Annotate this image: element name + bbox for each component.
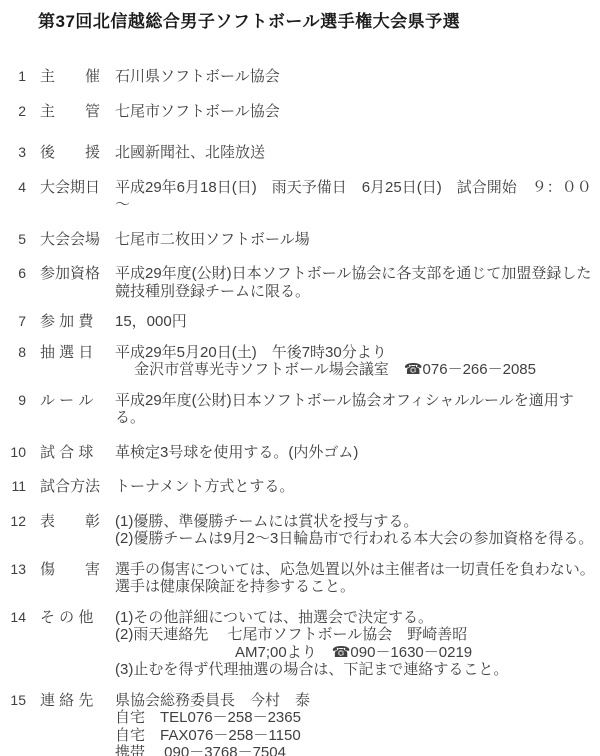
item-number: 12 — [0, 513, 26, 531]
item-label: 表 彰 — [40, 513, 108, 531]
item-content: 15，000円 — [115, 313, 600, 331]
item-content: 七尾市ソフトボール協会 — [115, 103, 600, 121]
item-row: 6参加資格平成29年度(公財)日本ソフトボール協会に各支部を通じて加盟登録した競… — [0, 265, 600, 300]
item-number: 8 — [0, 344, 26, 362]
item-content-line: 平成29年度(公財)日本ソフトボール協会に各支部を通じて加盟登録した — [115, 265, 600, 283]
items-list: 1主 催石川県ソフトボール協会2主 管七尾市ソフトボール協会3後 援北國新聞社、… — [0, 68, 600, 756]
item-content-line: (3)止むを得ず代理抽選の場合は、下記まで連絡すること。 — [115, 661, 600, 679]
item-row: 15連 絡 先県協会総務委員長 今村 泰自宅 TEL076－258－2365自宅… — [0, 692, 600, 756]
item-content-line: 15，000円 — [115, 313, 600, 331]
item-label: 抽 選 日 — [40, 344, 108, 362]
item-content-line: 北國新聞社、北陸放送 — [115, 144, 600, 162]
item-content-line: 石川県ソフトボール協会 — [115, 68, 600, 86]
document-title: 第37回北信越総合男子ソフトボール選手権大会県予選 — [38, 10, 600, 34]
item-row: 12表 彰(1)優勝、準優勝チームには賞状を授与する。(2)優勝チームは9月2～… — [0, 513, 600, 548]
item-content: 七尾市二枚田ソフトボール場 — [115, 231, 600, 249]
item-content-line: 平成29年度(公財)日本ソフトボール協会オフィシャルルールを適用する。 — [115, 392, 600, 427]
item-label: 主 催 — [40, 68, 108, 86]
item-content-line: 携帯 090－3768－7504 — [115, 744, 600, 756]
item-content: 平成29年度(公財)日本ソフトボール協会オフィシャルルールを適用する。 — [115, 392, 600, 427]
item-content-line: 平成29年6月18日(日) 雨天予備日 6月25日(日) 試合開始 ９：００～ — [115, 179, 600, 214]
item-row: 13傷 害選手の傷害については、応急処置以外は主催者は一切責任を負わない。選手は… — [0, 561, 600, 596]
item-content-line: 七尾市ソフトボール協会 — [115, 103, 600, 121]
item-label: そ の 他 — [40, 609, 108, 627]
item-number: 10 — [0, 444, 26, 462]
item-number: 6 — [0, 265, 26, 283]
item-content-line: 革検定3号球を使用する。(内外ゴム) — [115, 444, 600, 462]
item-number: 3 — [0, 144, 26, 162]
item-content: 平成29年度(公財)日本ソフトボール協会に各支部を通じて加盟登録した競技種別登録… — [115, 265, 600, 300]
item-content: トーナメント方式とする。 — [115, 478, 600, 496]
item-content-line: 金沢市営専光寺ソフトボール場会議室 ☎076－266－2085 — [115, 361, 600, 379]
item-row: 2主 管七尾市ソフトボール協会 — [0, 103, 600, 121]
item-content-line: 七尾市二枚田ソフトボール場 — [115, 231, 600, 249]
item-label: 大会期日 — [40, 179, 108, 197]
item-label: 試 合 球 — [40, 444, 108, 462]
item-number: 5 — [0, 231, 26, 249]
item-number: 4 — [0, 179, 26, 197]
item-content-line: 県協会総務委員長 今村 泰 — [115, 692, 600, 710]
item-number: 7 — [0, 313, 26, 331]
document-page: { "title": "第37回北信越総合男子ソフトボール選手権大会県予選", … — [0, 0, 600, 756]
item-content-line: 選手の傷害については、応急処置以外は主催者は一切責任を負わない。 — [115, 561, 600, 579]
item-content-line: 自宅 FAX076－258－1150 — [115, 727, 600, 745]
item-row: 7参 加 費15，000円 — [0, 313, 600, 331]
item-content: 石川県ソフトボール協会 — [115, 68, 600, 86]
item-content-line: AM7;00より ☎090－1630－0219 — [115, 644, 600, 662]
item-row: 14そ の 他(1)その他詳細については、抽選会で決定する。(2)雨天連絡先 七… — [0, 609, 600, 679]
item-content-line: 自宅 TEL076－258－2365 — [115, 709, 600, 727]
item-content-line: トーナメント方式とする。 — [115, 478, 600, 496]
item-number: 2 — [0, 103, 26, 121]
item-content-line: (1)その他詳細については、抽選会で決定する。 — [115, 609, 600, 627]
item-number: 13 — [0, 561, 26, 579]
item-content: 革検定3号球を使用する。(内外ゴム) — [115, 444, 600, 462]
item-number: 11 — [0, 478, 26, 496]
item-number: 15 — [0, 692, 26, 710]
item-content-line: (2)雨天連絡先 七尾市ソフトボール協会 野崎善昭 — [115, 626, 600, 644]
item-content-line: (1)優勝、準優勝チームには賞状を授与する。 — [115, 513, 600, 531]
item-content-line: (2)優勝チームは9月2～3日輪島市で行われる本大会の参加資格を得る。 — [115, 530, 600, 548]
item-row: 3後 援北國新聞社、北陸放送 — [0, 144, 600, 162]
item-content: (1)優勝、準優勝チームには賞状を授与する。(2)優勝チームは9月2～3日輪島市… — [115, 513, 600, 548]
item-label: 大会会場 — [40, 231, 108, 249]
item-label: 連 絡 先 — [40, 692, 108, 710]
item-number: 1 — [0, 68, 26, 86]
item-row: 8抽 選 日平成29年5月20日(土) 午後7時30分より 金沢市営専光寺ソフト… — [0, 344, 600, 379]
item-content: 北國新聞社、北陸放送 — [115, 144, 600, 162]
item-content: 平成29年5月20日(土) 午後7時30分より 金沢市営専光寺ソフトボール場会議… — [115, 344, 600, 379]
item-row: 10試 合 球革検定3号球を使用する。(内外ゴム) — [0, 444, 600, 462]
item-label: 主 管 — [40, 103, 108, 121]
item-row: 9ル ー ル平成29年度(公財)日本ソフトボール協会オフィシャルルールを適用する… — [0, 392, 600, 427]
item-number: 14 — [0, 609, 26, 627]
item-row: 11試合方法トーナメント方式とする。 — [0, 478, 600, 496]
item-content-line: 競技種別登録チームに限る。 — [115, 283, 600, 301]
item-label: 参 加 費 — [40, 313, 108, 331]
item-content: (1)その他詳細については、抽選会で決定する。(2)雨天連絡先 七尾市ソフトボー… — [115, 609, 600, 679]
item-content: 平成29年6月18日(日) 雨天予備日 6月25日(日) 試合開始 ９：００～ — [115, 179, 600, 214]
item-label: 試合方法 — [40, 478, 108, 496]
item-content-line: 平成29年5月20日(土) 午後7時30分より — [115, 344, 600, 362]
item-content-line: 選手は健康保険証を持参すること。 — [115, 578, 600, 596]
item-content: 県協会総務委員長 今村 泰自宅 TEL076－258－2365自宅 FAX076… — [115, 692, 600, 756]
item-label: 後 援 — [40, 144, 108, 162]
item-label: 傷 害 — [40, 561, 108, 579]
item-row: 4大会期日平成29年6月18日(日) 雨天予備日 6月25日(日) 試合開始 ９… — [0, 179, 600, 214]
item-label: 参加資格 — [40, 265, 108, 283]
item-content: 選手の傷害については、応急処置以外は主催者は一切責任を負わない。選手は健康保険証… — [115, 561, 600, 596]
item-row: 1主 催石川県ソフトボール協会 — [0, 68, 600, 86]
item-label: ル ー ル — [40, 392, 108, 410]
item-number: 9 — [0, 392, 26, 410]
item-row: 5大会会場七尾市二枚田ソフトボール場 — [0, 231, 600, 249]
